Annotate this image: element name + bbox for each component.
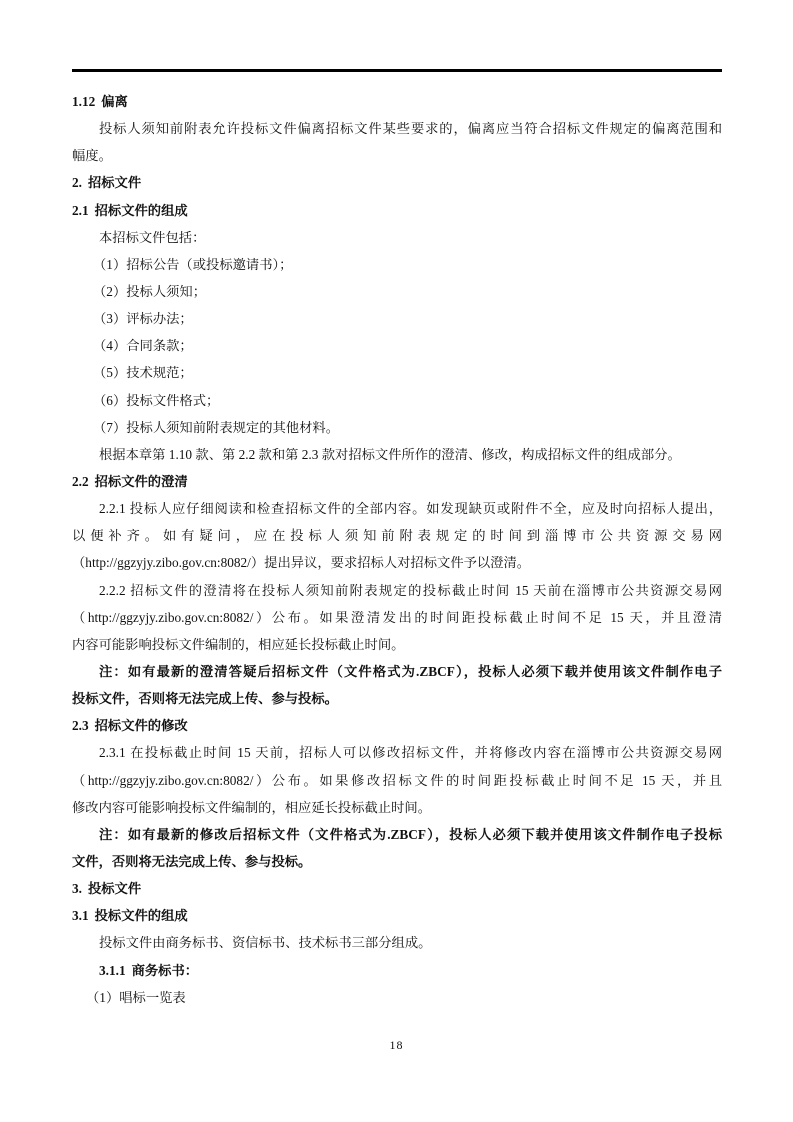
header-rule [72,69,722,72]
paragraph-2-2-1-line-3: （http://ggzyjy.zibo.gov.cn:8082/）提出异议，要求… [72,549,722,576]
paragraph-2-2-2-line-1: 2.2.2 招标文件的澄清将在投标人须知前附表规定的投标截止时间 15 天前在淄… [72,577,722,604]
paragraph-2-3-1-line-2: （http://ggzyjy.zibo.gov.cn:8082/）公布。如果修改… [72,767,722,794]
heading-title: 招标文件的组成 [95,203,188,218]
note-2-3-line-2: 文件，否则将无法完成上传、参与投标。 [72,848,722,875]
heading-number: 1.12 [72,94,95,109]
note-2-3-line-1: 注：如有最新的修改后招标文件（文件格式为.ZBCF），投标人必须下载并使用该文件… [72,821,722,848]
paragraph-2-3-1-line-3: 修改内容可能影响投标文件编制的，相应延长投标截止时间。 [72,794,722,821]
list-item-5: （5）技术规范； [72,359,722,386]
heading-number: 2.1 [72,203,89,218]
heading-title: 招标文件 [88,175,141,190]
heading-number: 2.2 [72,474,89,489]
list-item-4: （4）合同条款； [72,332,722,359]
heading-number: 2. [72,175,82,190]
heading-title: 投标文件的组成 [95,908,188,923]
paragraph-2-1-note: 根据本章第 1.10 款、第 2.2 款和第 2.3 款对招标文件所作的澄清、修… [72,441,722,468]
heading-2-1: 2.1招标文件的组成 [72,197,722,224]
heading-2: 2.招标文件 [72,169,722,196]
paragraph-2-3-1-line-1: 2.3.1 在投标截止时间 15 天前，招标人可以修改招标文件，并将修改内容在淄… [72,739,722,766]
paragraph-2-1-intro: 本招标文件包括： [72,224,722,251]
paragraph-1-12-line-1: 投标人须知前附表允许投标文件偏离招标文件某些要求的，偏离应当符合招标文件规定的偏… [72,115,722,142]
heading-number: 2.3 [72,718,89,733]
heading-title: 偏离 [101,94,128,109]
heading-title: 商务标书： [132,963,198,978]
paragraph-3-1: 投标文件由商务标书、资信标书、技术标书三部分组成。 [72,929,722,956]
heading-title: 招标文件的修改 [95,718,188,733]
heading-number: 3. [72,881,82,896]
document-body: 1.12偏离 投标人须知前附表允许投标文件偏离招标文件某些要求的，偏离应当符合招… [72,88,722,1011]
list-item-changbiao: （1）唱标一览表 [72,984,722,1011]
heading-1-12: 1.12偏离 [72,88,722,115]
list-item-1: （1）招标公告（或投标邀请书）； [72,251,722,278]
paragraph-2-2-2-line-3: 内容可能影响投标文件编制的，相应延长投标截止时间。 [72,631,722,658]
paragraph-1-12-line-2: 幅度。 [72,142,722,169]
heading-number: 3.1 [72,908,89,923]
heading-title: 招标文件的澄清 [95,474,188,489]
paragraph-2-2-2-line-2: （http://ggzyjy.zibo.gov.cn:8082/）公布。如果澄清… [72,604,722,631]
list-item-3: （3）评标办法； [72,305,722,332]
paragraph-2-2-1-line-2: 以便补齐。如有疑问，应在投标人须知前附表规定的时间到淄博市公共资源交易网 [72,522,722,549]
heading-3-1-1: 3.1.1商务标书： [72,957,722,984]
list-item-2: （2）投标人须知； [72,278,722,305]
note-2-2-line-2: 投标文件，否则将无法完成上传、参与投标。 [72,685,722,712]
heading-3-1: 3.1投标文件的组成 [72,902,722,929]
page-number: 18 [0,1038,793,1053]
heading-3: 3.投标文件 [72,875,722,902]
heading-number: 3.1.1 [99,963,126,978]
list-item-7: （7）投标人须知前附表规定的其他材料。 [72,414,722,441]
heading-2-3: 2.3招标文件的修改 [72,712,722,739]
list-item-6: （6）投标文件格式； [72,387,722,414]
paragraph-2-2-1-line-1: 2.2.1 投标人应仔细阅读和检查招标文件的全部内容。如发现缺页或附件不全，应及… [72,495,722,522]
document-page: 1.12偏离 投标人须知前附表允许投标文件偏离招标文件某些要求的，偏离应当符合招… [0,0,793,1122]
heading-title: 投标文件 [88,881,141,896]
note-2-2-line-1: 注：如有最新的澄清答疑后招标文件（文件格式为.ZBCF），投标人必须下载并使用该… [72,658,722,685]
heading-2-2: 2.2招标文件的澄清 [72,468,722,495]
